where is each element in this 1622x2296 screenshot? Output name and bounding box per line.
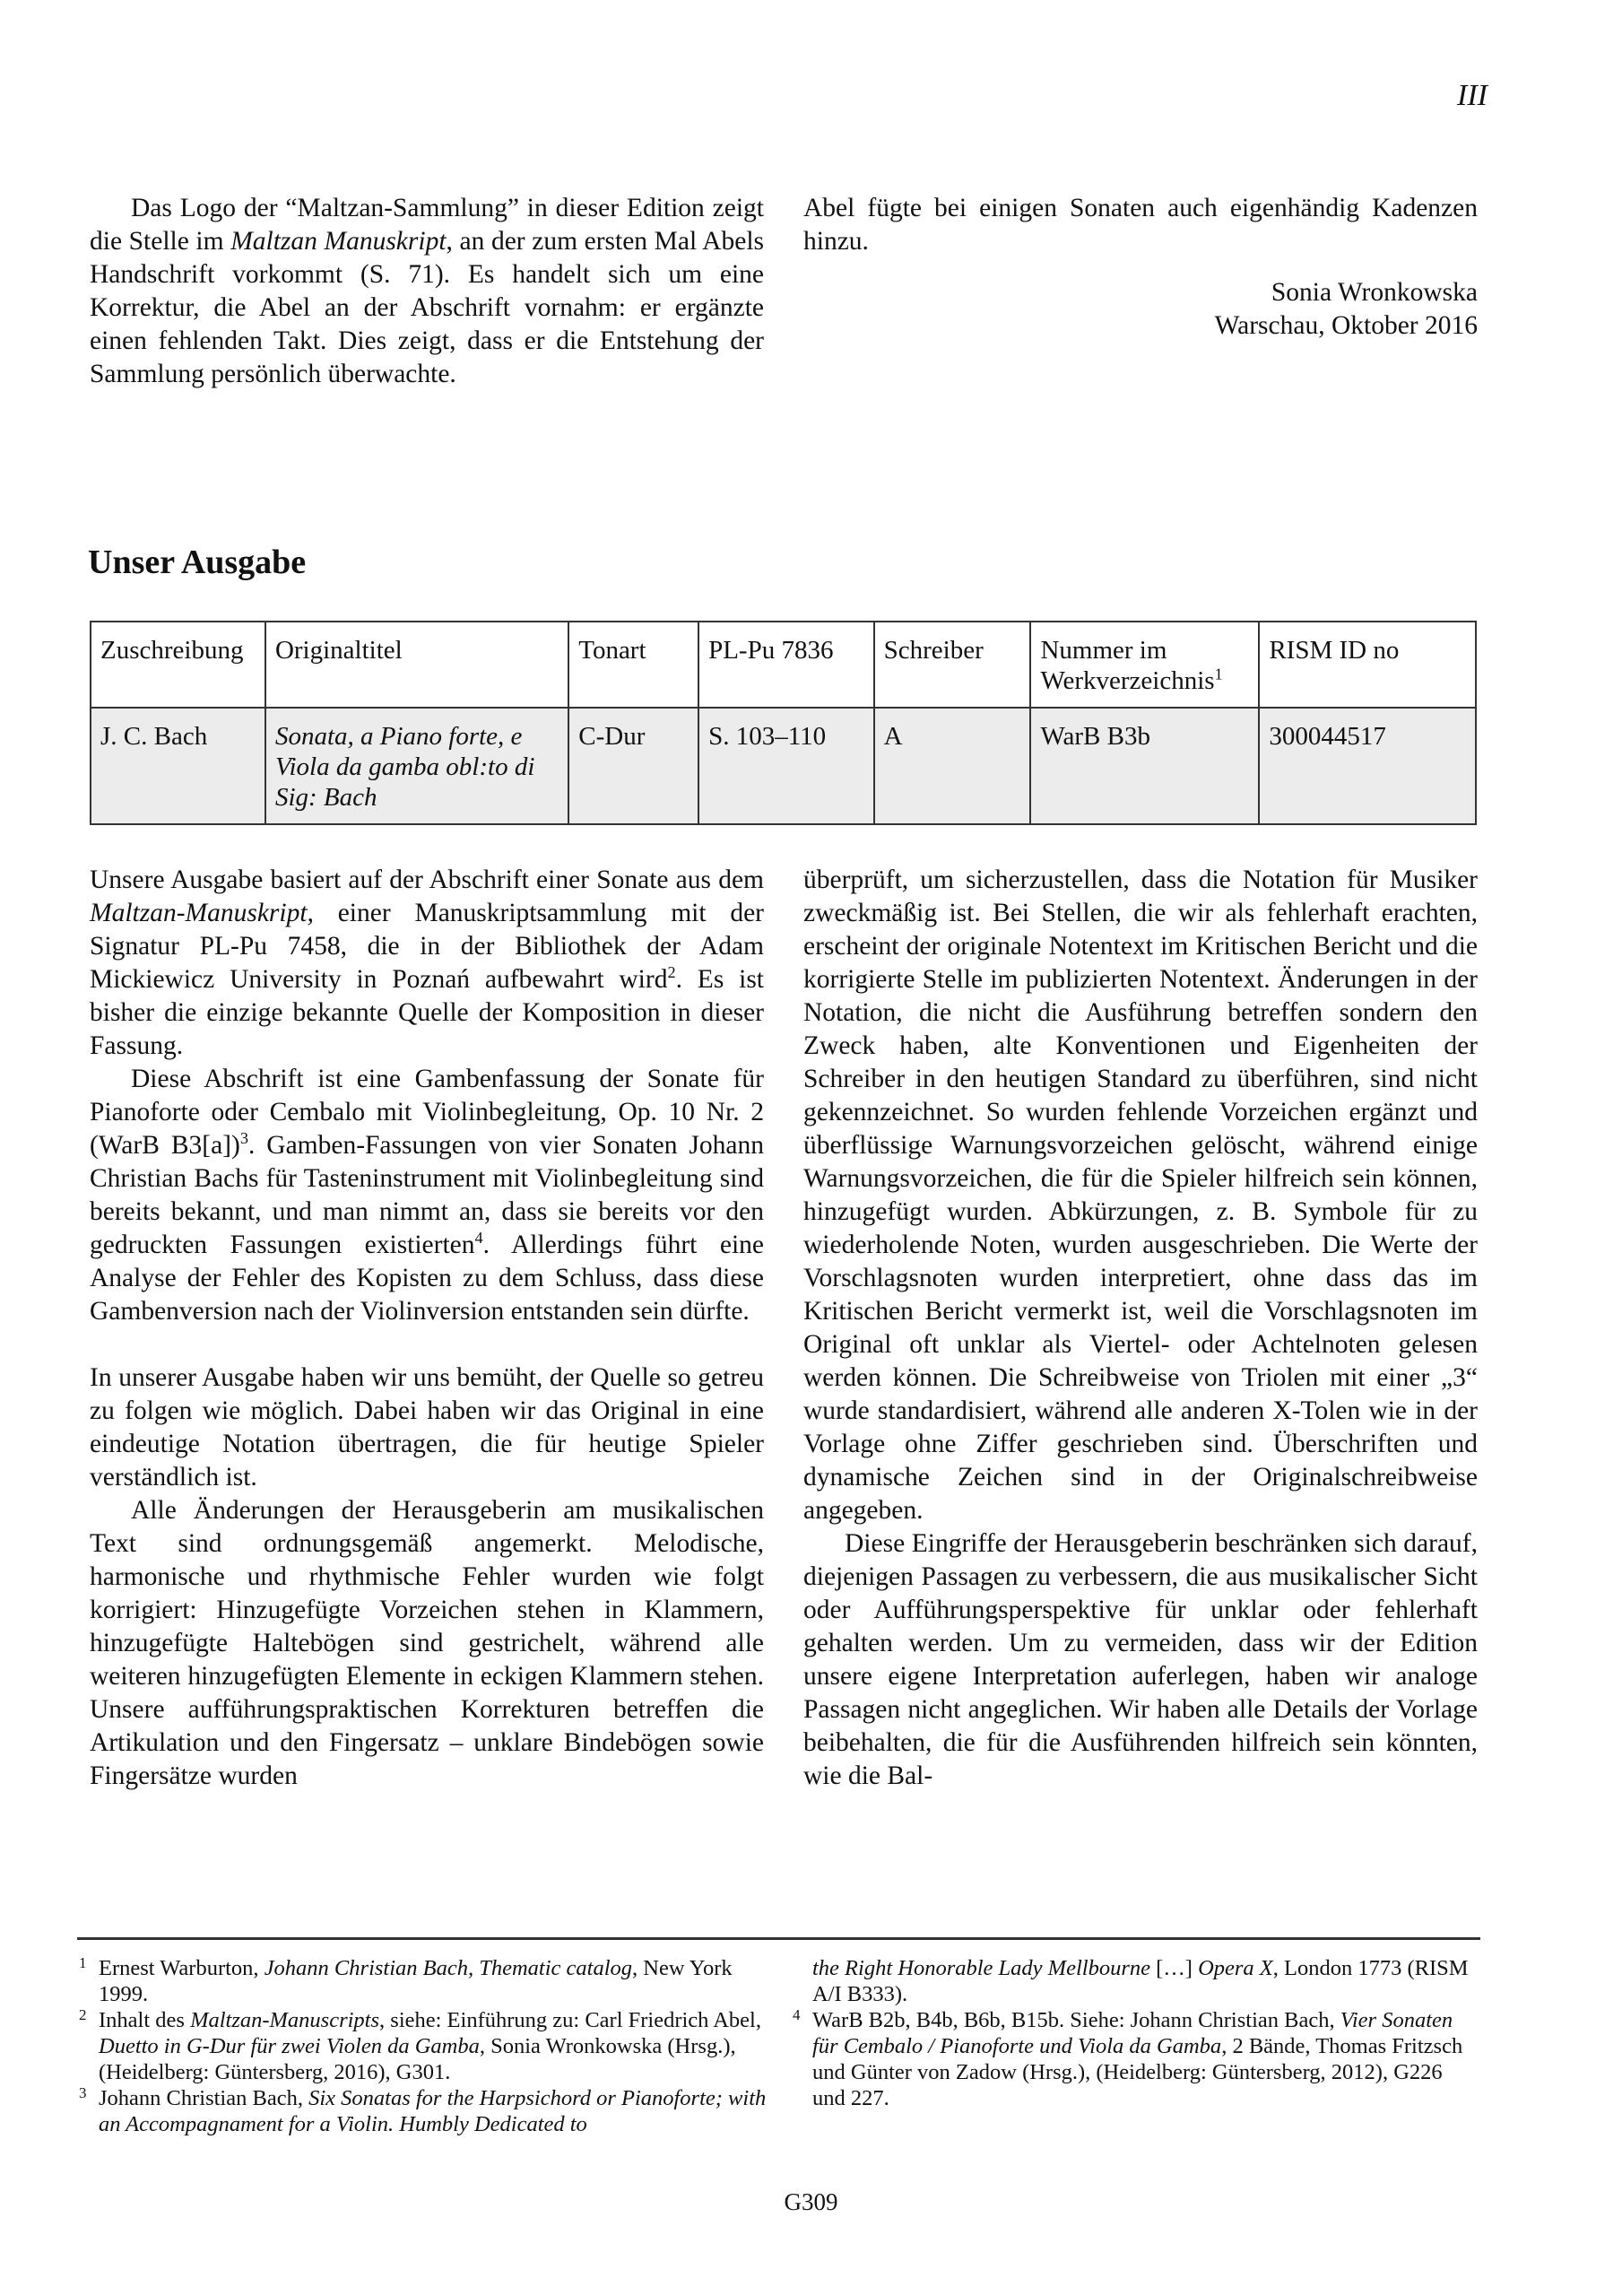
footnote-ref[interactable]: 1: [1215, 665, 1223, 683]
text-run: Inhalt des: [99, 2008, 190, 2032]
intro-right-column: Abel fügte bei einigen Sonaten auch eige…: [803, 192, 1478, 343]
page-number: G309: [0, 2188, 1622, 2216]
text-run: Johann Christian Bach,: [99, 2086, 308, 2110]
header-scribe: Schreiber: [874, 622, 1031, 708]
footnote-ref[interactable]: 4: [475, 1229, 483, 1247]
cell-attribution: J. C. Bach: [91, 708, 265, 824]
intro-left-column: Das Logo der “Maltzan-Sammlung” in diese…: [90, 192, 764, 391]
cell-original-title: Sonata, a Piano forte, e Viola da gamba …: [265, 708, 568, 824]
italic-title: Maltzan Manuskript: [230, 227, 446, 256]
italic-title: Maltzan-Manuskript,: [90, 899, 314, 927]
cell-catalog-number: WarB B3b: [1030, 708, 1259, 824]
text-run: Unsere Ausgabe basiert auf der Abschrift…: [90, 865, 764, 894]
text-run: […]: [1150, 1956, 1198, 1980]
signature-name: Sonia Wronkowska: [803, 276, 1478, 309]
signature-place-date: Warschau, Oktober 2016: [803, 309, 1478, 343]
footnotes-left-column: 1Ernest Warburton, Johann Christian Bach…: [79, 1955, 769, 2137]
footnote-number: 2: [79, 2002, 87, 2028]
cell-key: C-Dur: [568, 708, 698, 824]
footnote-2: 2Inhalt des Maltzan-Manuscripts, siehe: …: [79, 2007, 769, 2085]
text-run: , siehe: Einführung zu: Carl Fried­rich …: [379, 2008, 761, 2032]
sources-table: Zuschreibung Originaltitel Tonart PL-Pu …: [90, 621, 1477, 825]
footnote-number: 4: [793, 2002, 801, 2028]
italic-title: Opera X: [1198, 1956, 1273, 1980]
body-paragraph: In unserer Ausgabe haben wir uns bemüht,…: [90, 1361, 764, 1494]
body-paragraph: Diese Abschrift ist eine Gambenfassung d…: [90, 1063, 764, 1328]
footnote-1: 1Ernest Warburton, Johann Christian Bach…: [79, 1955, 769, 2007]
intro-cadenza-paragraph: Abel fügte bei einigen Sonaten auch eige…: [803, 192, 1478, 258]
cell-scribe: A: [874, 708, 1031, 824]
intro-logo-paragraph: Das Logo der “Maltzan-Sammlung” in diese…: [90, 192, 764, 391]
cell-rism: 300044517: [1259, 708, 1476, 824]
footnote-3: 3Johann Christian Bach, Six Sonatas for …: [79, 2085, 769, 2137]
body-paragraph: Alle Änderungen der Herausgeberin am mus…: [90, 1494, 764, 1793]
footnotes-right-column: the Right Honorable Lady Mellbourne […] …: [793, 1955, 1479, 2111]
footnote-ref[interactable]: 2: [667, 963, 675, 981]
header-source: PL-Pu 7836: [698, 622, 874, 708]
header-attribution: Zuschreibung: [91, 622, 265, 708]
italic-title: Duetto in G-Dur für zwei Violen da Gamba: [99, 2034, 480, 2058]
text-run: WarB B2b, B4b, B6b, B15b. Siehe: Johann …: [812, 2008, 1340, 2032]
text-run: Ernest Warburton,: [99, 1956, 265, 1980]
cell-source: S. 103–110: [698, 708, 874, 824]
body-left-column: Unsere Ausgabe basiert auf der Abschrift…: [90, 864, 764, 1793]
header-catalog-number: Nummer im Werkverzeichnis1: [1030, 622, 1259, 708]
body-paragraph: Unsere Ausgabe basiert auf der Abschrift…: [90, 864, 764, 1063]
header-original-title: Originaltitel: [265, 622, 568, 708]
body-right-column: überprüft, um sicherzustellen, dass die …: [803, 864, 1478, 1793]
footnote-number: 1: [79, 1950, 87, 1976]
italic-title: Johann Christian Bach, Thematic catalog: [265, 1956, 632, 1980]
footnote-number: 3: [79, 2080, 87, 2106]
footnote-4: 4WarB B2b, B4b, B6b, B15b. Siehe: Johann…: [793, 2007, 1479, 2111]
footnote-3-continued: the Right Honorable Lady Mellbourne […] …: [793, 1955, 1479, 2007]
italic-title: the Right Honorable Lady Mellbourne: [812, 1956, 1150, 1980]
header-text: Nummer im Werkverzeichnis: [1040, 636, 1214, 695]
header-rism: RISM ID no: [1259, 622, 1476, 708]
footnote-ref[interactable]: 3: [240, 1129, 248, 1147]
page-number-roman: III: [1457, 79, 1488, 113]
italic-title: Maltzan-Manuscripts: [190, 2008, 379, 2032]
body-paragraph: Diese Eingriffe der Herausgeberin beschr…: [803, 1527, 1478, 1793]
table-row: J. C. Bach Sonata, a Piano forte, e Viol…: [91, 708, 1476, 824]
footnote-divider: [77, 1937, 1480, 1940]
section-heading: Unser Ausgabe: [88, 543, 306, 582]
table-header-row: Zuschreibung Originaltitel Tonart PL-Pu …: [91, 622, 1476, 708]
header-key: Tonart: [568, 622, 698, 708]
body-paragraph: überprüft, um sicherzustellen, dass die …: [803, 864, 1478, 1527]
